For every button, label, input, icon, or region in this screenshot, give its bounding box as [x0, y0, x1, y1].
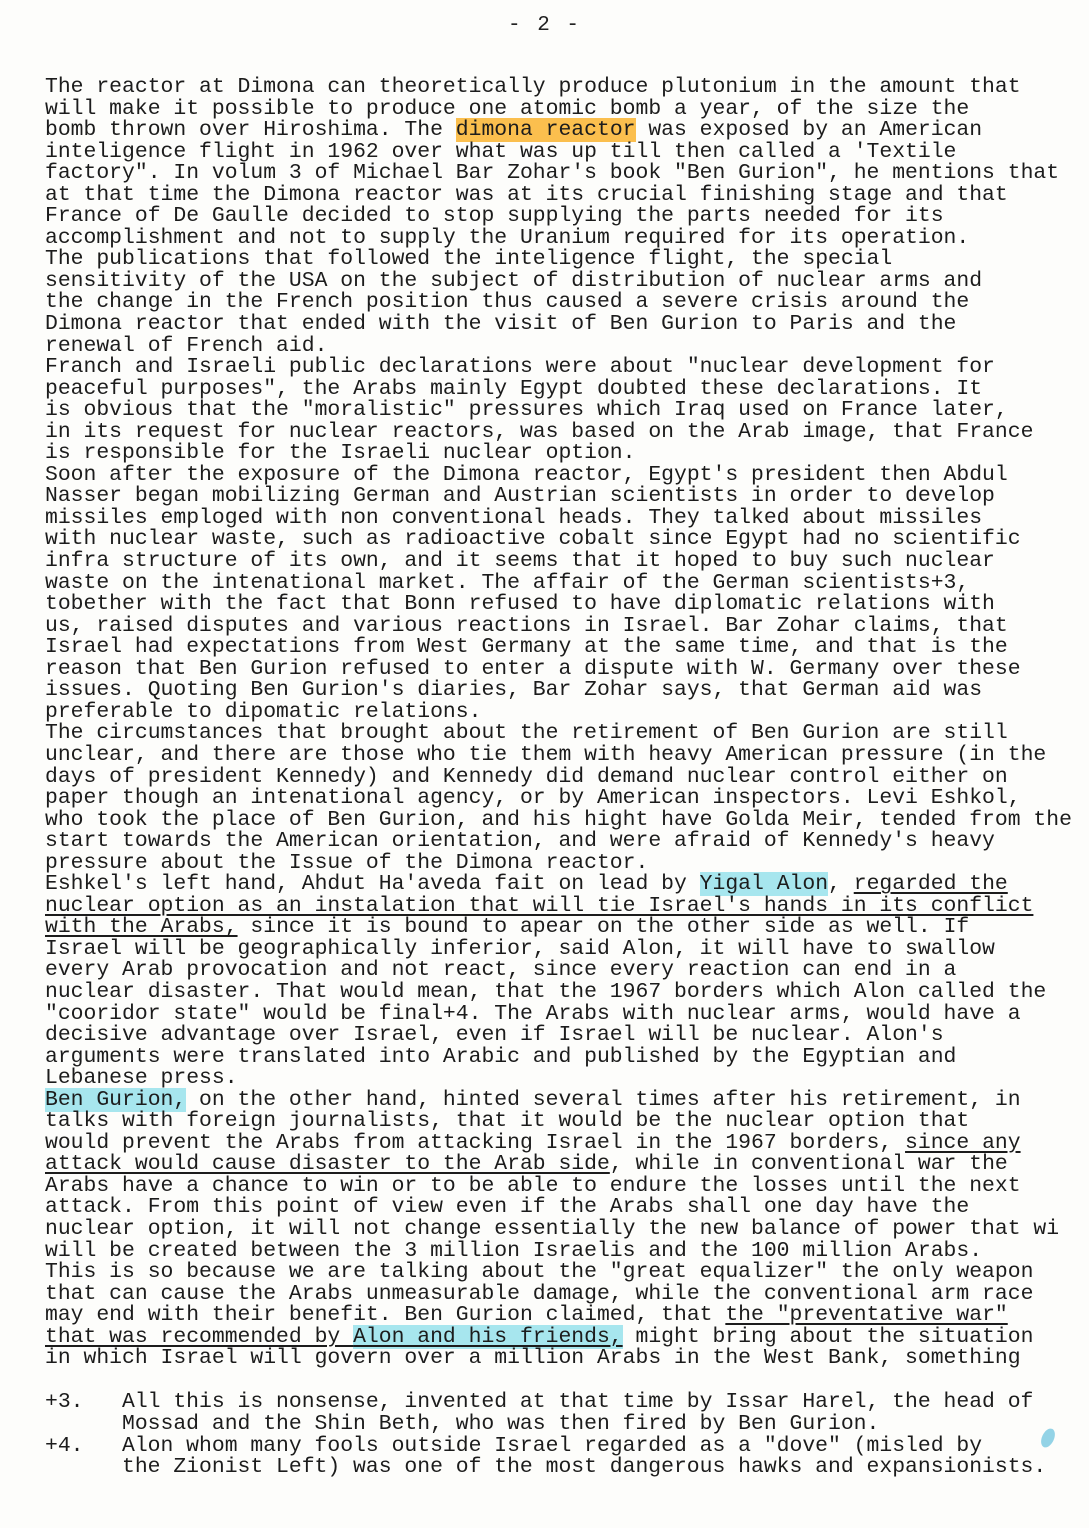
text-segment: renewal of French aid.: [45, 334, 327, 358]
text-segment: inteligence flight in 1962 over what was…: [45, 140, 956, 164]
text-segment: is obvious that the "moralistic" pressur…: [45, 398, 1008, 422]
text-line: decisive advantage over Israel, even if …: [45, 1025, 1085, 1047]
text-line: that was recommended by Alon and his fri…: [45, 1327, 1085, 1349]
text-segment: in its request for nuclear reactors, was…: [45, 420, 1033, 444]
text-segment: The reactor at Dimona can theoretically …: [45, 75, 1021, 99]
text-segment: at that time the Dimona reactor was at i…: [45, 183, 1008, 207]
text-line: Soon after the exposure of the Dimona re…: [45, 465, 1085, 487]
underlined-text: regarded the: [854, 872, 1008, 896]
text-segment: ,: [828, 872, 854, 896]
text-segment: attack. From this point of view even if …: [45, 1195, 969, 1219]
text-segment: Dimona reactor that ended with the visit…: [45, 312, 956, 336]
text-line: with nuclear waste, such as radioactive …: [45, 529, 1085, 551]
underlined-text: attack would cause disaster to the Arab …: [45, 1152, 610, 1176]
text-segment: pressure about the Issue of the Dimona r…: [45, 851, 648, 875]
text-line: will be created between the 3 million Is…: [45, 1241, 1085, 1263]
text-segment: , while in conventional war the: [610, 1152, 1008, 1176]
text-line: sensitivity of the USA on the subject of…: [45, 271, 1085, 293]
text-line: missiles emploged with non conventional …: [45, 508, 1085, 530]
text-segment: start towards the American orientation, …: [45, 829, 995, 853]
footnote-text: Alon whom many fools outside Israel rega…: [122, 1436, 982, 1458]
footnote-line: +3.All this is nonsense, invented at tha…: [45, 1392, 1085, 1414]
text-line: would prevent the Arabs from attacking I…: [45, 1133, 1085, 1155]
text-segment: that can cause the Arabs unmeasurable da…: [45, 1282, 1033, 1306]
footnotes: +3.All this is nonsense, invented at tha…: [45, 1392, 1085, 1479]
text-line: in which Israel will govern over a milli…: [45, 1348, 1085, 1370]
text-segment: will be created between the 3 million Is…: [45, 1239, 982, 1263]
text-line: waste on the intenational market. The af…: [45, 573, 1085, 595]
text-line: with the Arabs, since it is bound to ape…: [45, 917, 1085, 939]
text-line: start towards the American orientation, …: [45, 831, 1085, 853]
text-line: Israel had expectations from West German…: [45, 637, 1085, 659]
text-segment: might bring about the situation: [623, 1325, 1034, 1349]
footnote-mark: +3.: [45, 1392, 122, 1414]
text-segment: issues. Quoting Ben Gurion's diaries, Ba…: [45, 678, 982, 702]
footnote-line: the Zionist Left) was one of the most da…: [45, 1457, 1085, 1479]
document-body: The reactor at Dimona can theoretically …: [45, 77, 1085, 1370]
text-line: pressure about the Issue of the Dimona r…: [45, 853, 1085, 875]
text-line: preferable to dipomatic relations.: [45, 702, 1085, 724]
text-line: Eshkel's left hand, Ahdut Ha'aveda fait …: [45, 874, 1085, 896]
text-segment: missiles emploged with non conventional …: [45, 506, 982, 530]
text-segment: nuclear disaster. That would mean, that …: [45, 980, 1046, 1004]
text-segment: talks with foreign journalists, that it …: [45, 1109, 969, 1133]
text-segment: tobether with the fact that Bonn refused…: [45, 592, 995, 616]
text-segment: Arabs have a chance to win or to be able…: [45, 1174, 1021, 1198]
text-line: may end with their benefit. Ben Gurion c…: [45, 1305, 1085, 1327]
text-line: bomb thrown over Hiroshima. The dimona r…: [45, 120, 1085, 142]
text-segment: The publications that followed the intel…: [45, 247, 892, 271]
text-line: Dimona reactor that ended with the visit…: [45, 314, 1085, 336]
text-segment: will make it possible to produce one ato…: [45, 97, 969, 121]
highlighted-text: dimona reactor: [456, 118, 636, 142]
footnote-text: All this is nonsense, invented at that t…: [122, 1392, 1033, 1414]
text-segment: since it is bound to apear on the other …: [238, 915, 970, 939]
text-line: is responsible for the Israeli nuclear o…: [45, 443, 1085, 465]
text-line: talks with foreign journalists, that it …: [45, 1111, 1085, 1133]
text-segment: preferable to dipomatic relations.: [45, 700, 481, 724]
text-line: issues. Quoting Ben Gurion's diaries, Ba…: [45, 680, 1085, 702]
text-segment: in which Israel will govern over a milli…: [45, 1346, 1021, 1370]
text-segment: The circumstances that brought about the…: [45, 721, 1008, 745]
text-segment: every Arab provocation and not react, si…: [45, 958, 956, 982]
text-line: Arabs have a chance to win or to be able…: [45, 1176, 1085, 1198]
text-line: unclear, and there are those who tie the…: [45, 745, 1085, 767]
text-line: The publications that followed the intel…: [45, 249, 1085, 271]
text-line: inteligence flight in 1962 over what was…: [45, 142, 1085, 164]
text-segment: France of De Gaulle decided to stop supp…: [45, 204, 944, 228]
highlighted-text: Alon and his friends,: [353, 1325, 623, 1349]
underlined-text: with the Arabs,: [45, 915, 238, 939]
text-segment: Franch and Israeli public declarations w…: [45, 355, 995, 379]
text-segment: who took the place of Ben Gurion, and hi…: [45, 808, 1072, 832]
text-segment: Israel will be geographically inferior, …: [45, 937, 995, 961]
footnote-mark: [45, 1457, 122, 1479]
text-line: The circumstances that brought about the…: [45, 723, 1085, 745]
text-line: arguments were translated into Arabic an…: [45, 1047, 1085, 1069]
text-line: paper though an intenational agency, or …: [45, 788, 1085, 810]
text-segment: is responsible for the Israeli nuclear o…: [45, 441, 635, 465]
text-line: us, raised disputes and various reaction…: [45, 616, 1085, 638]
text-segment: decisive advantage over Israel, even if …: [45, 1023, 944, 1047]
text-line: The reactor at Dimona can theoretically …: [45, 77, 1085, 99]
text-line: attack. From this point of view even if …: [45, 1197, 1085, 1219]
text-segment: Nasser began mobilizing German and Austr…: [45, 484, 995, 508]
text-segment: Israel had expectations from West German…: [45, 635, 1008, 659]
underlined-text: that was recommended by: [45, 1325, 353, 1349]
text-segment: may end with their benefit. Ben Gurion c…: [45, 1303, 725, 1327]
text-segment: days of president Kennedy) and Kennedy d…: [45, 765, 1008, 789]
underlined-text: nuclear option as an instalation that wi…: [45, 894, 1033, 918]
text-line: attack would cause disaster to the Arab …: [45, 1154, 1085, 1176]
text-line: reason that Ben Gurion refused to enter …: [45, 659, 1085, 681]
footnote-line: +4.Alon whom many fools outside Israel r…: [45, 1436, 1085, 1458]
text-line: nuclear option, it will not change essen…: [45, 1219, 1085, 1241]
text-line: infra structure of its own, and it seems…: [45, 551, 1085, 573]
underlined-text: the "preventative war": [725, 1303, 1007, 1327]
text-line: factory". In volum 3 of Michael Bar Zoha…: [45, 163, 1085, 185]
text-line: peaceful purposes", the Arabs mainly Egy…: [45, 379, 1085, 401]
text-segment: was exposed by an American: [636, 118, 983, 142]
text-segment: reason that Ben Gurion refused to enter …: [45, 657, 1021, 681]
text-line: Lebanese press.: [45, 1068, 1085, 1090]
text-line: Israel will be geographically inferior, …: [45, 939, 1085, 961]
text-line: every Arab provocation and not react, si…: [45, 960, 1085, 982]
text-segment: peaceful purposes", the Arabs mainly Egy…: [45, 377, 982, 401]
text-line: that can cause the Arabs unmeasurable da…: [45, 1284, 1085, 1306]
footnote-text: the Zionist Left) was one of the most da…: [122, 1457, 1046, 1479]
text-line: This is so because we are talking about …: [45, 1262, 1085, 1284]
footnote-line: Mossad and the Shin Beth, who was then f…: [45, 1414, 1085, 1436]
text-line: renewal of French aid.: [45, 336, 1085, 358]
text-line: France of De Gaulle decided to stop supp…: [45, 206, 1085, 228]
text-line: Ben Gurion, on the other hand, hinted se…: [45, 1090, 1085, 1112]
footnote-text: Mossad and the Shin Beth, who was then f…: [122, 1414, 879, 1436]
text-segment: Lebanese press.: [45, 1066, 238, 1090]
text-segment: would prevent the Arabs from attacking I…: [45, 1131, 905, 1155]
text-line: nuclear option as an instalation that wi…: [45, 896, 1085, 918]
footnote-mark: +4.: [45, 1436, 122, 1458]
text-line: the change in the French position thus c…: [45, 292, 1085, 314]
text-line: is obvious that the "moralistic" pressur…: [45, 400, 1085, 422]
text-line: will make it possible to produce one ato…: [45, 99, 1085, 121]
underlined-text: since any: [905, 1131, 1021, 1155]
text-segment: "cooridor state" would be final+4. The A…: [45, 1002, 1021, 1026]
text-line: days of president Kennedy) and Kennedy d…: [45, 767, 1085, 789]
text-line: who took the place of Ben Gurion, and hi…: [45, 810, 1085, 832]
highlighted-text: Yigal Alon: [700, 872, 828, 896]
text-line: nuclear disaster. That would mean, that …: [45, 982, 1085, 1004]
text-segment: infra structure of its own, and it seems…: [45, 549, 995, 573]
text-segment: waste on the intenational market. The af…: [45, 571, 969, 595]
text-line: tobether with the fact that Bonn refused…: [45, 594, 1085, 616]
highlighted-text: Ben Gurion,: [45, 1088, 186, 1112]
text-line: Franch and Israeli public declarations w…: [45, 357, 1085, 379]
text-line: accomplishment and not to supply the Ura…: [45, 228, 1085, 250]
text-segment: accomplishment and not to supply the Ura…: [45, 226, 969, 250]
text-segment: bomb thrown over Hiroshima. The: [45, 118, 456, 142]
text-segment: the change in the French position thus c…: [45, 290, 969, 314]
text-segment: This is so because we are talking about …: [45, 1260, 1033, 1284]
text-line: at that time the Dimona reactor was at i…: [45, 185, 1085, 207]
text-line: Nasser began mobilizing German and Austr…: [45, 486, 1085, 508]
text-line: in its request for nuclear reactors, was…: [45, 422, 1085, 444]
text-segment: on the other hand, hinted several times …: [186, 1088, 1020, 1112]
text-segment: paper though an intenational agency, or …: [45, 786, 1021, 810]
text-segment: arguments were translated into Arabic an…: [45, 1045, 956, 1069]
text-segment: with nuclear waste, such as radioactive …: [45, 527, 1021, 551]
text-segment: Eshkel's left hand, Ahdut Ha'aveda fait …: [45, 872, 700, 896]
text-segment: factory". In volum 3 of Michael Bar Zoha…: [45, 161, 1059, 185]
text-segment: nuclear option, it will not change essen…: [45, 1217, 1059, 1241]
text-segment: unclear, and there are those who tie the…: [45, 743, 1046, 767]
text-segment: us, raised disputes and various reaction…: [45, 614, 1008, 638]
text-line: "cooridor state" would be final+4. The A…: [45, 1004, 1085, 1026]
text-segment: Soon after the exposure of the Dimona re…: [45, 463, 1008, 487]
page-number: - 2 -: [0, 14, 1089, 37]
footnote-mark: [45, 1414, 122, 1436]
text-segment: sensitivity of the USA on the subject of…: [45, 269, 982, 293]
